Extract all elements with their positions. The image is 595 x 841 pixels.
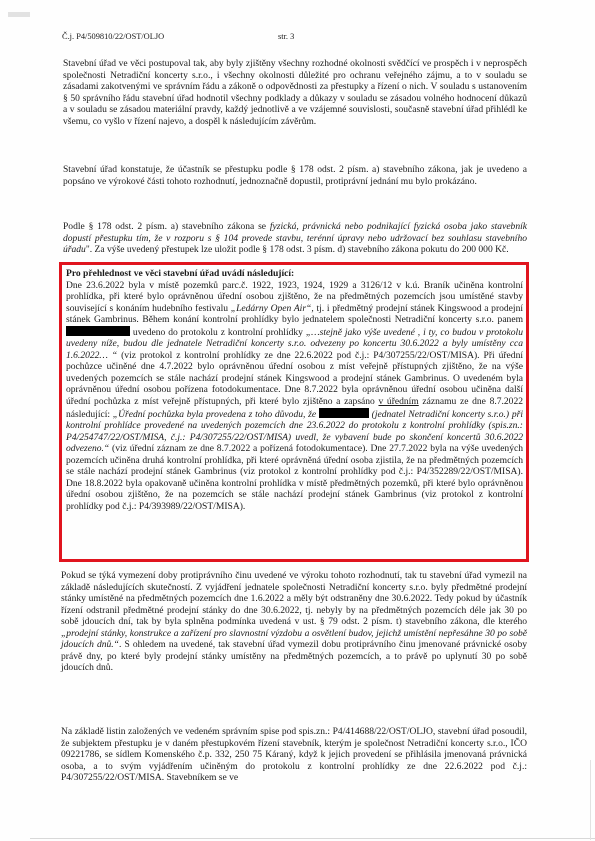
document-page: Č.j. P4/509810/22/OST/OLJO str. 3 Staveb…: [0, 0, 595, 841]
text-run: Podle § 178 odst. 2 písm. a) stavebního …: [63, 221, 270, 232]
scan-artifact: [8, 12, 30, 17]
paragraph-text: Podle § 178 odst. 2 písm. a) stavebního …: [63, 221, 527, 256]
paragraph-legal-basis: Podle § 178 odst. 2 písm. a) stavebního …: [63, 221, 527, 256]
text-run: ". Za výše uvedený přestupek lze uložit …: [86, 244, 509, 255]
festival-name: „Ledárny Open Air“: [231, 303, 312, 314]
paragraph-text: Stavební úřad ve věci postupoval tak, ab…: [63, 58, 527, 127]
paragraph-text: Pokud se týká vymezení doby protiprávníh…: [61, 570, 527, 674]
page-edge: [590, 760, 591, 840]
paragraph-time-period: Pokud se týká vymezení doby protiprávníh…: [61, 570, 527, 674]
text-run: uvedeno do protokolu z kontrolní prohlíd…: [130, 327, 306, 338]
paragraph-text: Stavební úřad konstatuje, že účastník se…: [63, 164, 527, 187]
text-run: (viz úřední záznam ze dne 8.7.2022 a poř…: [66, 443, 523, 512]
text-run: Pokud se týká vymezení doby protiprávníh…: [61, 570, 527, 627]
redaction-block: [319, 408, 369, 418]
reference-number: Č.j. P4/509810/22/OST/OLJO: [62, 32, 164, 41]
overview-heading: Pro přehlednost ve věci stavební úřad uv…: [66, 268, 523, 280]
paragraph-text: Na základě listin založených ve vedeném …: [61, 726, 527, 784]
paragraph-subject: Na základě listin založených ve vedeném …: [61, 726, 527, 784]
page-number: str. 3: [278, 32, 294, 41]
redaction-block: [66, 326, 130, 336]
paragraph-procedure: Stavební úřad ve věci postupoval tak, ab…: [63, 58, 527, 127]
underlined-text: v úředním: [378, 396, 418, 407]
text-run: . S ohledem na uvedené, tak stavební úřa…: [61, 639, 527, 673]
record-quote: „Úřední pochůzka byla provedena z toho d…: [113, 409, 319, 420]
paragraph-finding: Stavební úřad konstatuje, že účastník se…: [63, 164, 527, 187]
paragraph-overview: Pro přehlednost ve věci stavební úřad uv…: [66, 268, 523, 512]
paragraph-text: Dne 23.6.2022 byla v místě pozemků parc.…: [66, 280, 523, 513]
page-edge: [30, 838, 595, 839]
